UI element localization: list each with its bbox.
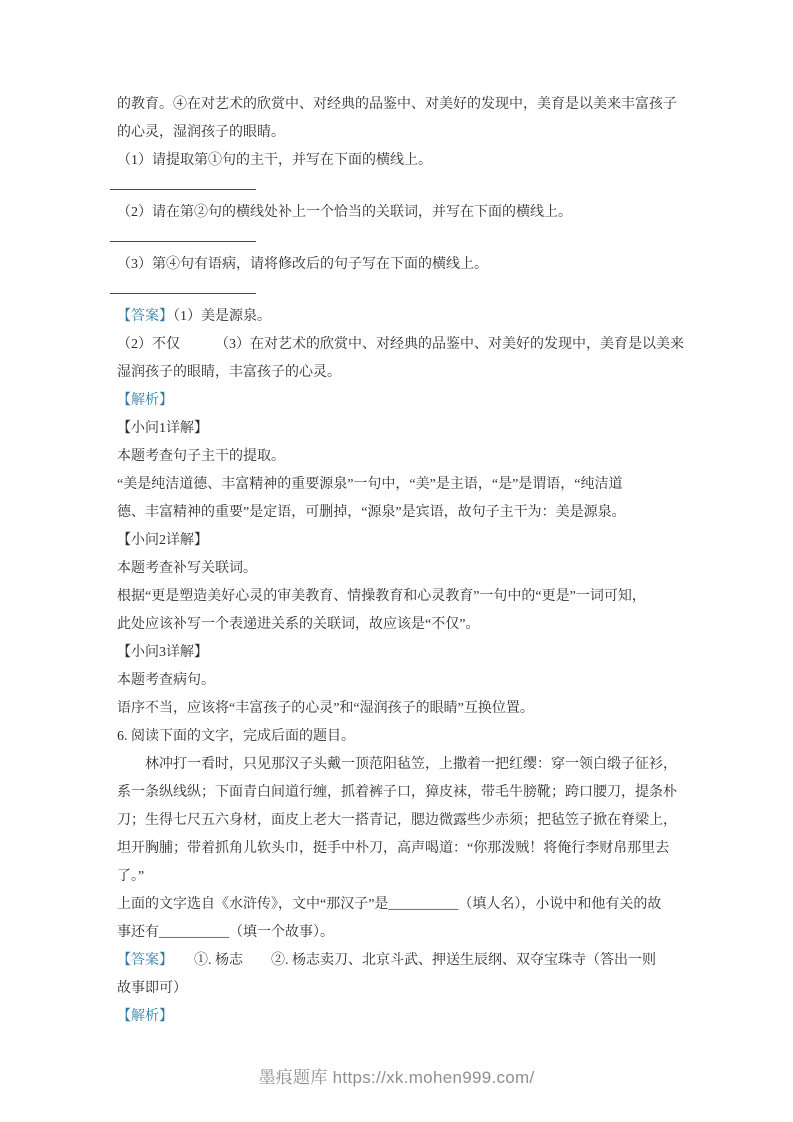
subquestion-3-line: 本题考查病句。: [117, 667, 697, 695]
answer-6-line: 故事即可）: [117, 975, 697, 1003]
line-text: 林冲打一看时，只见那汉子头戴一顶范阳毡笠，上撒着一把红缨：穿一领白缎子征衫，: [117, 757, 677, 772]
line-text: 坦开胸脯；带着抓角儿软头巾，挺手中朴刀，高声喝道：“你那泼贼！将俺行李财帛那里去: [117, 841, 669, 856]
page-footer: 墨痕题库 https://xk.mohen999.com/: [0, 1063, 793, 1088]
line-text: 根据“更是塑造美好心灵的审美教育、情操教育和心灵教育”一句中的“更是”一词可知，: [117, 589, 646, 604]
answer-6-line: 【答案】 ①. 杨志 ②. 杨志卖刀、北京斗武、押送生辰纲、双夺宝珠寺（答出一则: [117, 947, 697, 975]
passage-6-line: 系一条纵线纵；下面青白间道行缠，抓着裤子口，獐皮袜，带毛牛膀靴；跨口腰刀，提条朴: [117, 779, 697, 807]
passage-6-line: 刀；生得七尺五六身材，面皮上老大一搭青记，腮边微露些少赤须；把毡笠子掀在脊梁上，: [117, 807, 697, 835]
subquestion-1-header: 【小问1详解】: [117, 415, 697, 443]
answer-blank-5-3: [110, 293, 256, 294]
line-text: （1）美是源泉。: [173, 309, 271, 324]
line-text: 的教育。④在对艺术的欣赏中、对经典的品鉴中、对美好的发现中，美育是以美来丰富孩子: [117, 97, 677, 112]
analysis-6-header: 【解析】: [117, 1003, 697, 1031]
line-text: 【小问2详解】: [117, 533, 208, 548]
answer-label: 【答案】: [117, 953, 166, 968]
subquestion-2-line: 此处应该补写一个表递进关系的关联词，故应该是“不仅”。: [117, 611, 697, 639]
line-text: 上面的文字选自《水浒传》，文中“那汉子”是__________（填人名），小说中…: [117, 897, 661, 912]
answer-5-line: 湿润孩子的眼睛，丰富孩子的心灵。: [117, 359, 697, 387]
line-text: 系一条纵线纵；下面青白间道行缠，抓着裤子口，獐皮袜，带毛牛膀靴；跨口腰刀，提条朴: [117, 785, 677, 800]
subquestion-3-line: 语序不当，应该将“丰富孩子的心灵”和“湿润孩子的眼睛”互换位置。: [117, 695, 697, 723]
question-6-blanks-line: 事还有__________（填一个故事）。: [117, 919, 697, 947]
question-5-2: （2）请在第②句的横线处补上一个恰当的关联词，并写在下面的横线上。: [117, 199, 697, 227]
analysis-label: 【解析】: [117, 393, 173, 408]
line-text: 德、丰富精神的重要”是定语，可删掉，“源泉”是宾语，故句子主干为：美是源泉。: [117, 505, 626, 520]
analysis-5-header: 【解析】: [117, 387, 697, 415]
answer-5-line: 【答案】（1）美是源泉。: [117, 303, 697, 331]
subquestion-2-line: 根据“更是塑造美好心灵的审美教育、情操教育和心灵教育”一句中的“更是”一词可知，: [117, 583, 697, 611]
line-text: 本题考查句子主干的提取。: [117, 449, 285, 464]
line-text: （2）不仅 （3）在对艺术的欣赏中、对经典的品鉴中、对美好的发现中，美育是以美来: [117, 337, 684, 352]
line-text: 湿润孩子的眼睛，丰富孩子的心灵。: [117, 365, 341, 380]
line-text: （1）请提取第①句的主干，并写在下面的横线上。: [117, 153, 432, 168]
line-text: 本题考查病句。: [117, 673, 215, 688]
subquestion-1-line: “美是纯洁道德、丰富精神的重要源泉”一句中，“美”是主语，“是”是谓语，“纯洁道: [117, 471, 697, 499]
document-page: 的教育。④在对艺术的欣赏中、对经典的品鉴中、对美好的发现中，美育是以美来丰富孩子…: [0, 0, 793, 1122]
subquestion-1-line: 本题考查句子主干的提取。: [117, 443, 697, 471]
line-text: 了。”: [117, 869, 144, 884]
line-text: 6. 阅读下面的文字，完成后面的题目。: [117, 729, 355, 744]
passage-6-line: 林冲打一看时，只见那汉子头戴一顶范阳毡笠，上撒着一把红缨：穿一领白缎子征衫，: [117, 751, 697, 779]
line-text: 【小问1详解】: [117, 421, 208, 436]
subquestion-2-line: 本题考查补写关联词。: [117, 555, 697, 583]
passage-6-line: 了。”: [117, 863, 697, 891]
line-text: （3）第④句有语病，请将修改后的句子写在下面的横线上。: [117, 257, 488, 272]
line-text: 的心灵，湿润孩子的眼睛。: [117, 125, 285, 140]
line-text: ①. 杨志 ②. 杨志卖刀、北京斗武、押送生辰纲、双夺宝珠寺（答出一则: [166, 953, 656, 968]
line-text: 故事即可）: [117, 981, 187, 996]
question-5-1: （1）请提取第①句的主干，并写在下面的横线上。: [117, 147, 697, 175]
document-content: 的教育。④在对艺术的欣赏中、对经典的品鉴中、对美好的发现中，美育是以美来丰富孩子…: [117, 91, 697, 1031]
question-6-stem: 6. 阅读下面的文字，完成后面的题目。: [117, 723, 697, 751]
passage-5-line: 的心灵，湿润孩子的眼睛。: [117, 119, 697, 147]
passage-6-line: 坦开胸脯；带着抓角儿软头巾，挺手中朴刀，高声喝道：“你那泼贼！将俺行李财帛那里去: [117, 835, 697, 863]
subquestion-3-header: 【小问3详解】: [117, 639, 697, 667]
question-6-blanks-line: 上面的文字选自《水浒传》，文中“那汉子”是__________（填人名），小说中…: [117, 891, 697, 919]
answer-5-line: （2）不仅 （3）在对艺术的欣赏中、对经典的品鉴中、对美好的发现中，美育是以美来: [117, 331, 697, 359]
line-text: 【小问3详解】: [117, 645, 208, 660]
line-text: 刀；生得七尺五六身材，面皮上老大一搭青记，腮边微露些少赤须；把毡笠子掀在脊梁上，: [117, 813, 677, 828]
line-text: （2）请在第②句的横线处补上一个恰当的关联词，并写在下面的横线上。: [117, 205, 572, 220]
line-text: 语序不当，应该将“丰富孩子的心灵”和“湿润孩子的眼睛”互换位置。: [117, 701, 534, 716]
line-text: 此处应该补写一个表递进关系的关联词，故应该是“不仅”。: [117, 617, 479, 632]
answer-label: 【答案】: [117, 309, 173, 324]
answer-blank-5-1: [110, 189, 256, 190]
line-text: 本题考查补写关联词。: [117, 561, 257, 576]
passage-5-line: 的教育。④在对艺术的欣赏中、对经典的品鉴中、对美好的发现中，美育是以美来丰富孩子: [117, 91, 697, 119]
footer-text: 墨痕题库 https://xk.mohen999.com/: [258, 1068, 534, 1087]
line-text: 事还有__________（填一个故事）。: [117, 925, 334, 940]
subquestion-1-line: 德、丰富精神的重要”是定语，可删掉，“源泉”是宾语，故句子主干为：美是源泉。: [117, 499, 697, 527]
line-text: “美是纯洁道德、丰富精神的重要源泉”一句中，“美”是主语，“是”是谓语，“纯洁道: [117, 477, 623, 492]
answer-blank-5-2: [110, 241, 256, 242]
question-5-3: （3）第④句有语病，请将修改后的句子写在下面的横线上。: [117, 251, 697, 279]
analysis-label: 【解析】: [117, 1009, 173, 1024]
subquestion-2-header: 【小问2详解】: [117, 527, 697, 555]
